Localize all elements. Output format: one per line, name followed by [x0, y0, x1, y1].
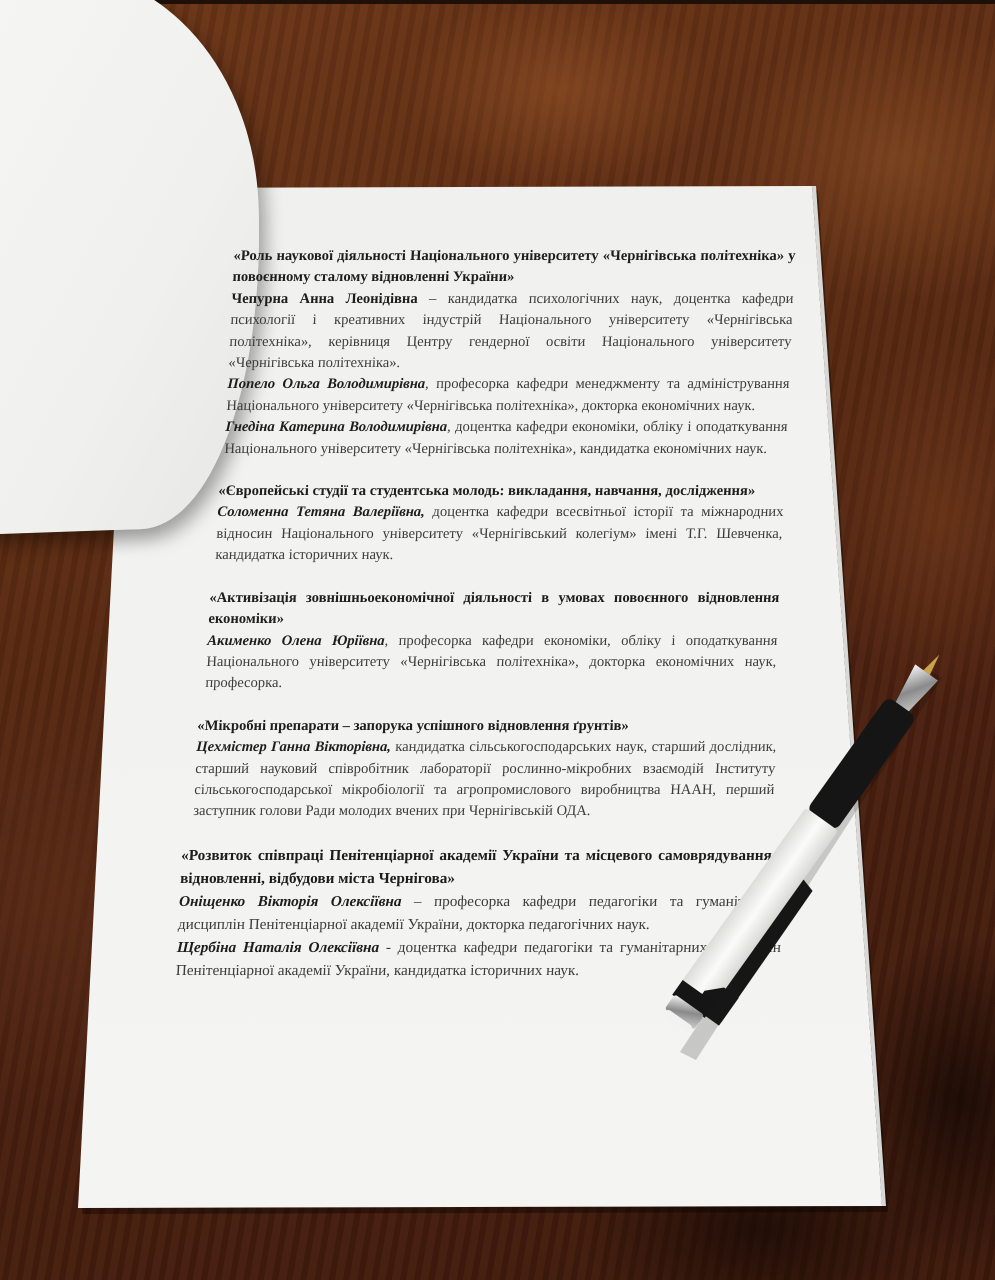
author-name: Чепурна Анна Леонідівна: [231, 291, 418, 307]
author-name: Акименко Олена Юріївна: [207, 633, 385, 649]
author-line: Попело Ольга Володимирівна, професорка к…: [226, 374, 790, 417]
talk-title: «Європейські студії та студентська молод…: [218, 481, 785, 502]
author-line: Гнедіна Катерина Володимирівна, доцентка…: [224, 417, 788, 460]
talk-title: «Активізація зовнішньоекономічної діяльн…: [208, 588, 780, 631]
photo-scene: «Роль наукової діяльності Національного …: [0, 0, 995, 1280]
author-name: Оніщенко Вікторія Олексіївна: [179, 893, 402, 910]
author-name: Соломенна Тетяна Валеріївна,: [217, 504, 425, 520]
author-name: Попело Ольга Володимирівна: [227, 376, 425, 392]
talk-entry: «Роль наукової діяльності Національного …: [224, 246, 796, 460]
ballpoint-pen-icon: [640, 640, 960, 1060]
talk-title: «Роль наукової діяльності Національного …: [232, 246, 796, 289]
author-name: Цехмістер Ганна Вікторівна,: [196, 739, 391, 755]
author-name: Гнедіна Катерина Володимирівна: [225, 419, 447, 435]
author-line: Чепурна Анна Леонідівна – кандидатка пси…: [228, 289, 794, 375]
author-line: Соломенна Тетяна Валеріївна, доцентка ка…: [215, 502, 784, 566]
author-name: Щербіна Наталія Олексіївна: [177, 939, 380, 956]
talk-entry: «Європейські студії та студентська молод…: [215, 481, 785, 567]
